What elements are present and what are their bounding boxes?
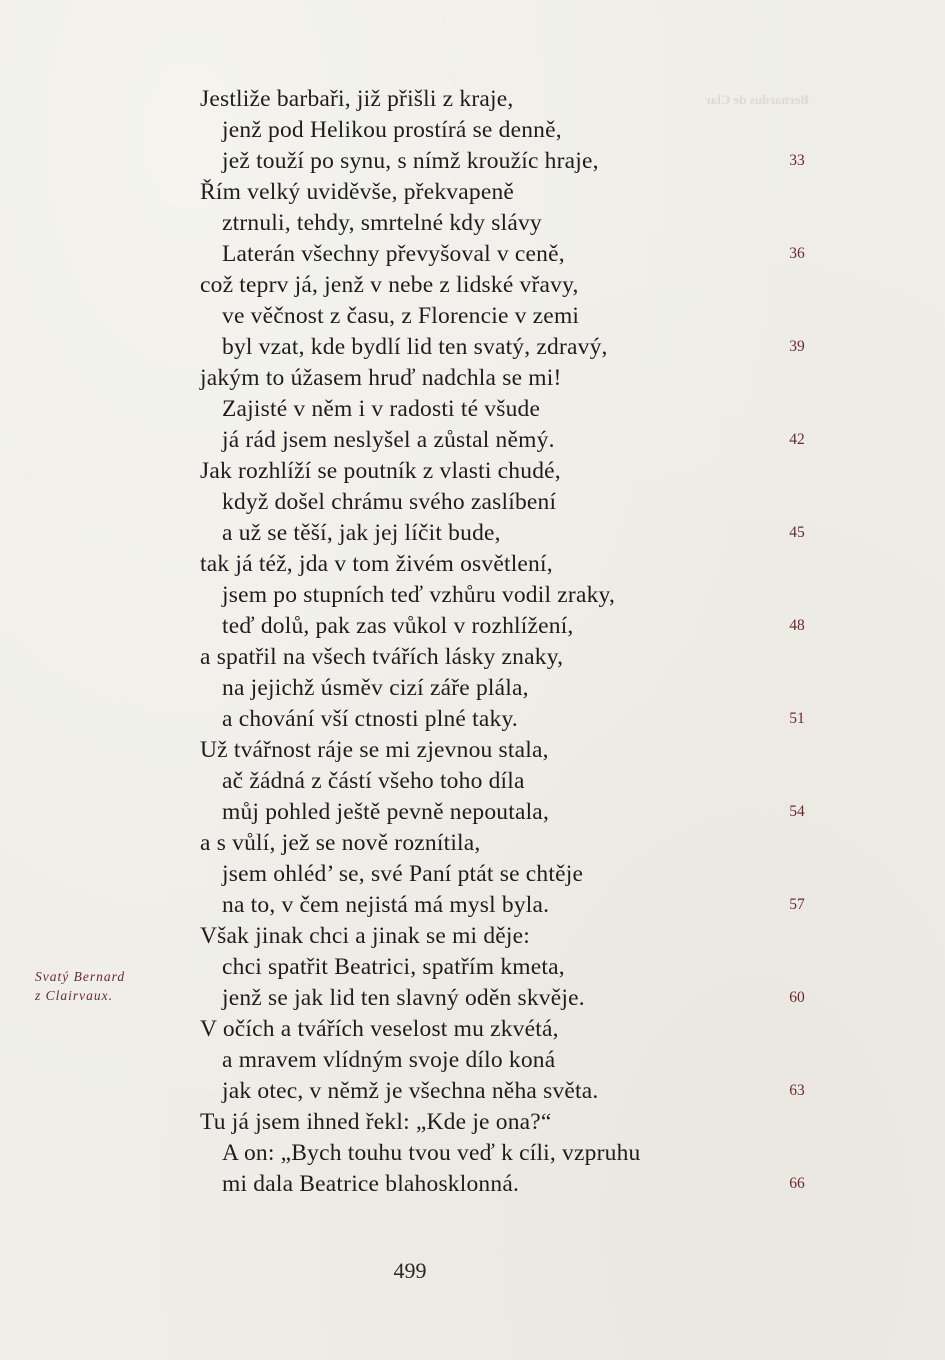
- verse-line: Jestliže barbaři, již přišli z kraje,: [200, 84, 760, 115]
- verse-line: jakým to úžasem hruď nadchla se mi!: [200, 363, 760, 394]
- verse-line: když došel chrámu svého zaslíbení: [200, 487, 760, 518]
- page-number: 499: [360, 1258, 460, 1284]
- verse-line: Laterán všechny převyšoval v ceně,: [200, 239, 760, 270]
- verse-line: ve věčnost z času, z Florencie v zemi: [200, 301, 760, 332]
- line-number: 63: [784, 1082, 810, 1100]
- verse-line: na to, v čem nejistá má mysl byla.: [200, 890, 760, 921]
- line-number: 54: [784, 803, 810, 821]
- line-number: 51: [784, 710, 810, 728]
- verse-line: jenž se jak lid ten slavný oděn skvěje.: [200, 983, 760, 1014]
- verse-line: Řím velký uviděvše, překvapeně: [200, 177, 760, 208]
- margin-note-line: Svatý Bernard: [35, 967, 185, 986]
- verse-line: mi dala Beatrice blahosklonná.: [200, 1169, 760, 1200]
- verse-line: na jejichž úsměv cizí záře plála,: [200, 673, 760, 704]
- verse-line: A on: „Bych touhu tvou veď k cíli, vzpru…: [200, 1138, 760, 1169]
- line-number: 42: [784, 431, 810, 449]
- verse-line: jsem ohléd’ se, své Paní ptát se chtěje: [200, 859, 760, 890]
- line-number: 48: [784, 617, 810, 635]
- verse-line: a chování vší ctnosti plné taky.: [200, 704, 760, 735]
- verse-line: a už se těší, jak jej líčit bude,: [200, 518, 760, 549]
- verse-line: Už tvářnost ráje se mi zjevnou stala,: [200, 735, 760, 766]
- line-number: 36: [784, 245, 810, 263]
- verse-line: a spatřil na všech tvářích lásky znaky,: [200, 642, 760, 673]
- verse-line: byl vzat, kde bydlí lid ten svatý, zdrav…: [200, 332, 760, 363]
- verse-line: tak já též, jda v tom živém osvětlení,: [200, 549, 760, 580]
- verse-line: jenž pod Helikou prostírá se denně,: [200, 115, 760, 146]
- verse-line: Zajisté v něm i v radosti té všude: [200, 394, 760, 425]
- verse-line: ztrnuli, tehdy, smrtelné kdy slávy: [200, 208, 760, 239]
- verse-line: Tu já jsem ihned řekl: „Kde je ona?“: [200, 1107, 760, 1138]
- verse-line: ač žádná z částí všeho toho díla: [200, 766, 760, 797]
- verse-line: Však jinak chci a jinak se mi děje:: [200, 921, 760, 952]
- verse-line: a s vůlí, jež se nově roznítila,: [200, 828, 760, 859]
- book-page: Bernardus de Clar Jestliže barbaři, již …: [0, 0, 945, 1360]
- poem-verses: Jestliže barbaři, již přišli z kraje,jen…: [200, 84, 760, 1200]
- verse-line: což teprv já, jenž v nebe z lidské vřavy…: [200, 270, 760, 301]
- verse-line: já rád jsem neslyšel a zůstal němý.: [200, 425, 760, 456]
- margin-note-line: z Clairvaux.: [35, 986, 185, 1005]
- line-number: 45: [784, 524, 810, 542]
- margin-note: Svatý Bernard z Clairvaux.: [35, 967, 185, 1005]
- verse-line: jak otec, v němž je všechna něha světa.: [200, 1076, 760, 1107]
- verse-line: můj pohled ještě pevně nepoutala,: [200, 797, 760, 828]
- line-number: 39: [784, 338, 810, 356]
- line-number: 33: [784, 152, 810, 170]
- line-number: 66: [784, 1175, 810, 1193]
- verse-line: Jak rozhlíží se poutník z vlasti chudé,: [200, 456, 760, 487]
- line-number: 57: [784, 896, 810, 914]
- verse-line: jež touží po synu, s nímž kroužíc hraje,: [200, 146, 760, 177]
- verse-line: a mravem vlídným svoje dílo koná: [200, 1045, 760, 1076]
- verse-line: chci spatřit Beatrici, spatřím kmeta,: [200, 952, 760, 983]
- verse-line: V očích a tvářích veselost mu zkvétá,: [200, 1014, 760, 1045]
- verse-line: jsem po stupních teď vzhůru vodil zraky,: [200, 580, 760, 611]
- verse-line: teď dolů, pak zas vůkol v rozhlížení,: [200, 611, 760, 642]
- line-number: 60: [784, 989, 810, 1007]
